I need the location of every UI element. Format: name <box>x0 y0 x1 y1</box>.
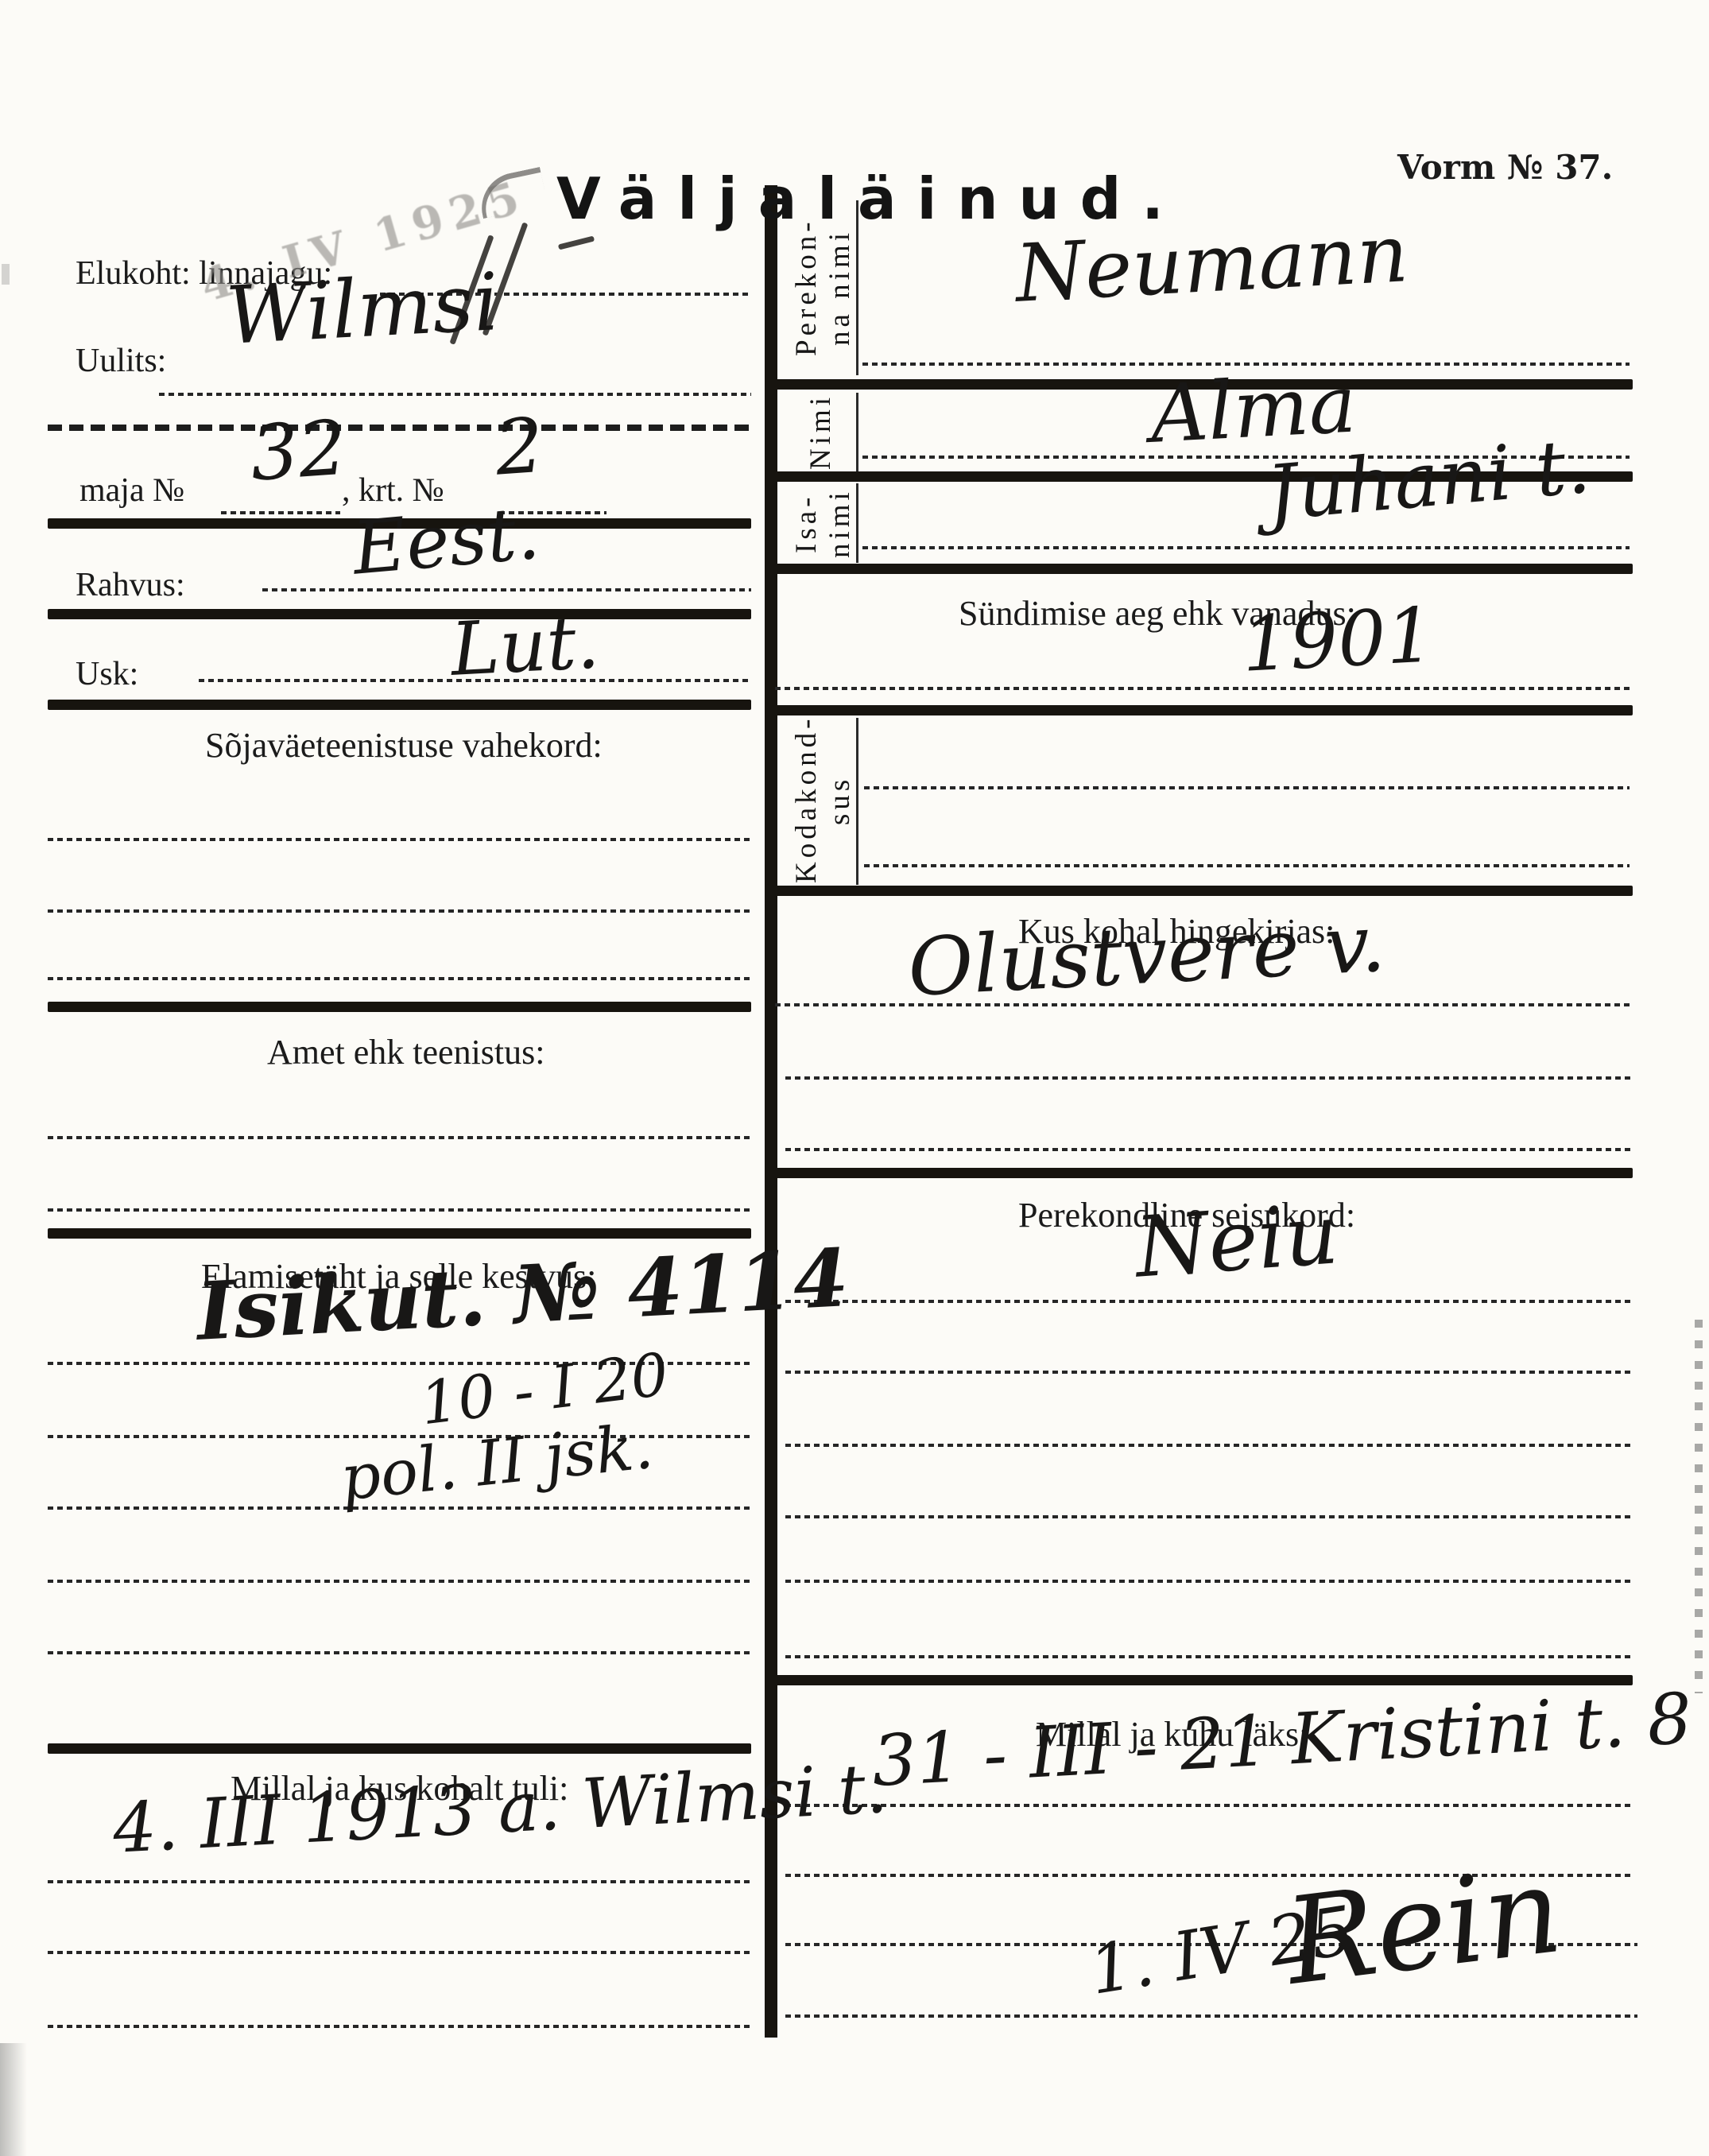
father-name-label: Isa- nimi <box>790 483 857 563</box>
dotted-line <box>775 687 1631 690</box>
scan-edge-mark <box>2 264 10 285</box>
occupation-label: Amet ehk teenistus: <box>267 1032 545 1072</box>
nationality-label: Rahvus: <box>76 566 185 604</box>
dotted-line <box>48 1208 751 1212</box>
departed-value-handwritten: 31 - III - 21 Kristini t. 8 - w <box>870 1677 1709 1797</box>
dotted-line <box>159 393 751 396</box>
dotted-line <box>262 588 751 591</box>
dotted-line <box>785 1804 1631 1807</box>
nationality-value-handwritten: Eest. <box>350 497 542 586</box>
dotted-line <box>785 1444 1631 1447</box>
dotted-line <box>785 2014 1637 2018</box>
street-label: Uulits: <box>76 342 166 380</box>
residence-permit-line1-handwritten: Isikut. № 4114 <box>195 1238 851 1351</box>
registry-place-value-handwritten: Olustvere v. <box>906 904 1387 1008</box>
dotted-line <box>48 1880 751 1883</box>
dotted-line <box>48 1951 751 1954</box>
dotted-line <box>785 1076 1631 1080</box>
dotted-line <box>785 1148 1631 1151</box>
dotted-line <box>785 1515 1631 1518</box>
dotted-line <box>48 838 751 841</box>
form-number: Vorm № 37. <box>1397 148 1613 187</box>
official-signature-handwritten: Rein <box>1280 1851 1568 2003</box>
first-name-label: Nimi <box>804 394 838 470</box>
scan-corner-smudge <box>0 2043 27 2156</box>
surname-value-handwritten: Neumann <box>1013 214 1410 314</box>
dotted-line <box>785 1655 1631 1658</box>
dotted-line <box>775 1003 1631 1006</box>
dotted-line <box>864 864 1630 867</box>
dotted-line <box>48 1651 751 1654</box>
dotted-line <box>48 2025 751 2028</box>
street-value-handwritten: Wilmsi <box>224 262 501 356</box>
religion-label: Usk: <box>76 655 138 693</box>
section-rule <box>48 700 751 710</box>
pen-mark-hook <box>475 167 548 219</box>
religion-value-handwritten: Lut. <box>449 606 601 687</box>
dotted-line <box>48 1580 751 1583</box>
section-rule <box>773 705 1633 715</box>
house-number-value-handwritten: 32 <box>248 411 349 493</box>
scan-edge-artifact <box>1695 1320 1703 1693</box>
section-rule <box>773 1168 1633 1178</box>
marital-status-value-handwritten: Neiu <box>1133 1192 1341 1290</box>
section-rule <box>48 609 751 619</box>
pen-mark-dash <box>558 236 595 250</box>
dotted-line <box>864 786 1630 789</box>
section-rule <box>773 564 1633 574</box>
dotted-line <box>862 546 1630 549</box>
section-rule <box>773 1675 1633 1685</box>
birth-date-value-handwritten: 1901 <box>1240 598 1436 684</box>
dotted-line <box>785 1371 1631 1374</box>
citizenship-label: Kodakond- sus <box>790 718 857 883</box>
label-rule <box>856 393 858 472</box>
dotted-line <box>785 1580 1631 1583</box>
section-rule <box>48 1228 751 1239</box>
apartment-number-value-handwritten: 2 <box>493 409 546 487</box>
dotted-line <box>48 977 751 980</box>
section-rule <box>48 1743 751 1754</box>
dotted-line <box>48 909 751 913</box>
house-number-label: maja № <box>79 471 184 510</box>
first-name-value-handwritten: Alma <box>1149 364 1358 454</box>
heavy-dashed-rule <box>48 425 754 431</box>
dotted-line <box>48 1136 751 1139</box>
dotted-line <box>221 511 340 514</box>
section-rule <box>773 886 1633 896</box>
registration-card-page: Väljaläinud. Vorm № 37. 4. IV 1925 Eluko… <box>0 0 1709 2156</box>
military-service-label: Sõjaväeteenistuse vahekord: <box>205 725 603 766</box>
surname-label: Perekon- na nimi <box>790 200 857 374</box>
dotted-line <box>785 1300 1631 1303</box>
form-title: Väljaläinud. <box>556 165 1184 232</box>
section-rule <box>48 1002 751 1012</box>
residence-permit-line3-handwritten: pol. II jsk. <box>338 1416 656 1510</box>
